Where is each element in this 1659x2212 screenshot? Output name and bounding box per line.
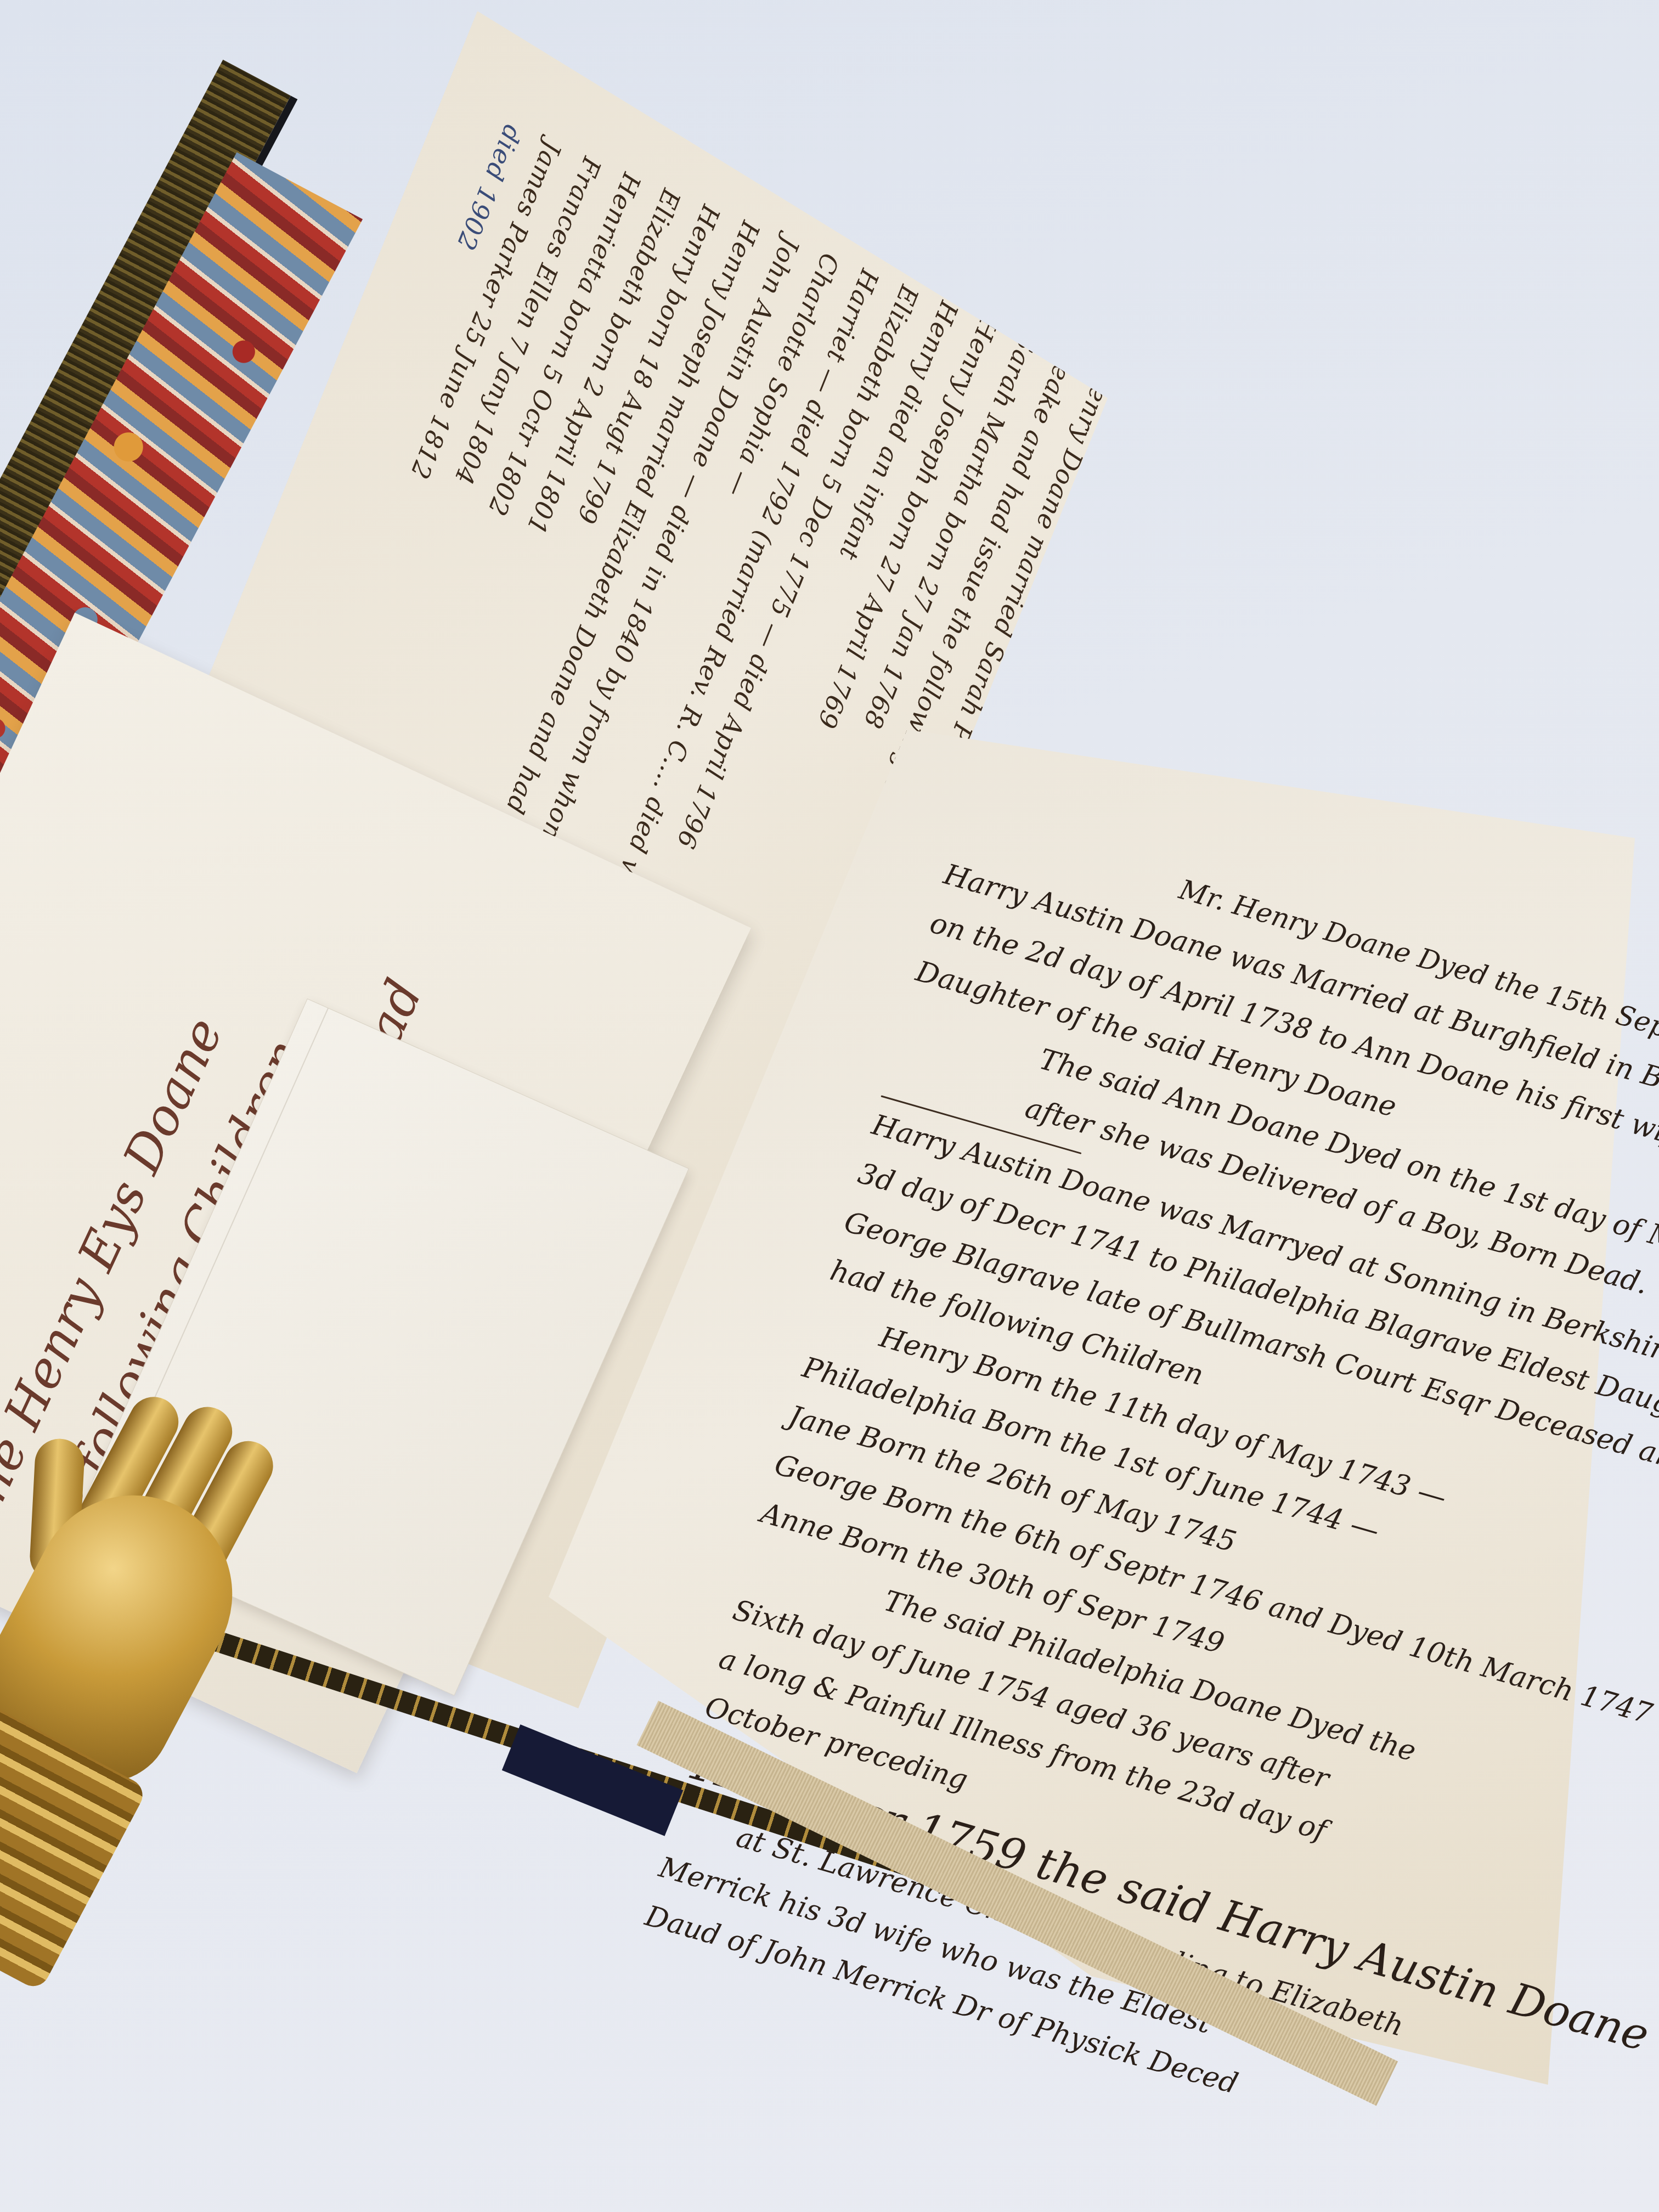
book-photo-scene: Henry Doane married Sarah Peake daughter… bbox=[0, 0, 1659, 2212]
